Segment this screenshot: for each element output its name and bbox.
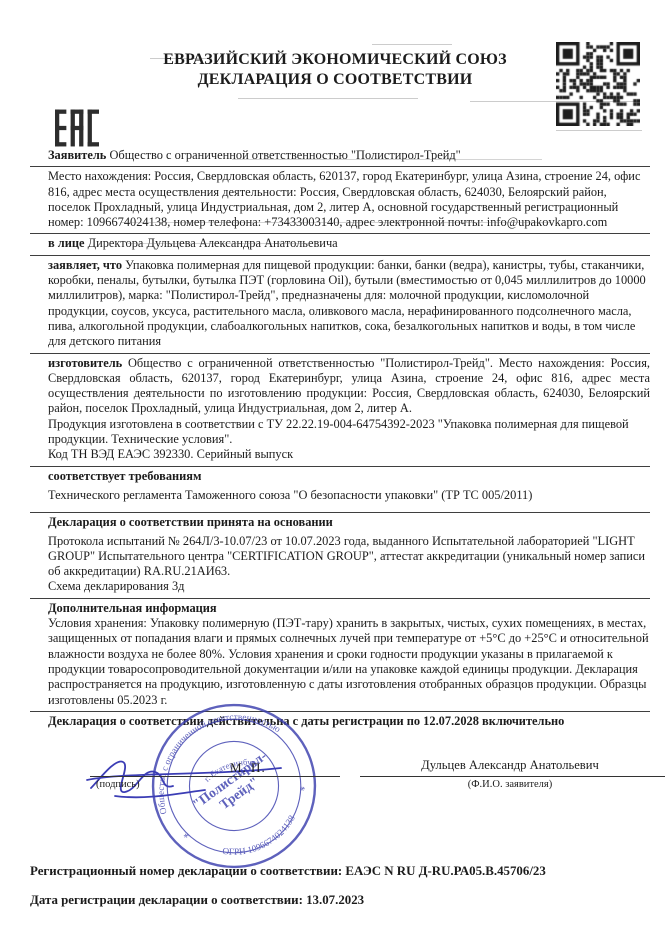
in-person-value: Директора Дульцева Александра Анатольеви… <box>88 236 338 250</box>
signature-block: Общество с ограниченной ответственностью… <box>30 732 650 844</box>
compliance-section: соответствует требованиям Технического р… <box>30 467 650 514</box>
registration-number-line: Регистрационный номер декларации о соотв… <box>30 864 650 879</box>
stamp-star-left: * <box>182 831 192 844</box>
additional-heading: Дополнительная информация <box>48 601 650 616</box>
applicant-value: Общество с ограниченной ответственностью… <box>109 148 460 162</box>
document-body: Заявитель Общество с ограниченной ответс… <box>30 146 650 732</box>
declaration-scheme: Схема декларирования 3д <box>48 579 650 594</box>
in-person-row: в лице Директора Дульцева Александра Ана… <box>30 234 650 255</box>
registration-date-line: Дата регистрации декларации о соответств… <box>30 893 650 908</box>
additional-info-section: Дополнительная информация Условия хранен… <box>30 599 650 712</box>
applicant-address-text: Место нахождения: Россия, Свердловская о… <box>48 169 640 229</box>
declares-section: заявляет, что Упаковка полимерная для пи… <box>30 256 650 354</box>
document-header: ЕВРАЗИЙСКИЙ ЭКОНОМИЧЕСКИЙ СОЮЗ ДЕКЛАРАЦИ… <box>0 0 670 146</box>
seal-place-label: М. П. <box>230 760 266 776</box>
declares-label: заявляет, что <box>48 258 122 272</box>
validity-line: Декларация о соответствии действительна … <box>30 712 650 732</box>
declaration-document: ЕВРАЗИЙСКИЙ ЭКОНОМИЧЕСКИЙ СОЮЗ ДЕКЛАРАЦИ… <box>0 0 670 951</box>
qr-code-icon <box>556 42 640 126</box>
declarant-name-caption: (Ф.И.О. заявителя) <box>360 779 660 790</box>
in-person-label: в лице <box>48 236 85 250</box>
declarant-name: Дульцев Александр Анатольевич <box>360 758 660 773</box>
applicant-row: Заявитель Общество с ограниченной ответс… <box>30 146 650 167</box>
manufacturer-text: Общество с ограниченной ответственностью… <box>48 356 650 416</box>
svg-text:ОГРН 1096674024138: ОГРН 1096674024138 <box>216 812 304 867</box>
basis-text: Протокола испытаний № 264Л/3-10.07/23 от… <box>48 534 650 580</box>
compliance-heading: соответствует требованиям <box>48 469 650 484</box>
stamp-ring-bottom-text: ОГРН 1096674024138 <box>216 812 304 867</box>
declares-text: Упаковка полимерная для пищевой продукци… <box>48 258 646 348</box>
name-line <box>360 776 665 777</box>
additional-text: Условия хранения: Упаковку полимерную (П… <box>48 616 650 708</box>
basis-section: Декларация о соответствии принята на осн… <box>30 513 650 598</box>
manufacturer-label: изготовитель <box>48 356 122 370</box>
basis-heading: Декларация о соответствии принята на осн… <box>48 515 650 533</box>
tu-line: Продукция изготовлена в соответствии с Т… <box>48 417 650 448</box>
eac-mark-icon <box>55 101 99 155</box>
signature-line <box>90 776 340 777</box>
compliance-text: Технического регламента Таможенного союз… <box>48 484 650 509</box>
stamp-star-right: * <box>298 784 308 797</box>
signature-caption: (подпись) <box>96 779 216 790</box>
tnved-code-line: Код ТН ВЭД ЕАЭС 392330. Серийный выпуск <box>48 447 650 462</box>
handwritten-signature <box>85 750 285 806</box>
manufacturer-paragraph: изготовитель Общество с ограниченной отв… <box>48 356 650 417</box>
applicant-address: Место нахождения: Россия, Свердловская о… <box>30 167 650 234</box>
manufacturer-section: изготовитель Общество с ограниченной отв… <box>30 354 650 467</box>
